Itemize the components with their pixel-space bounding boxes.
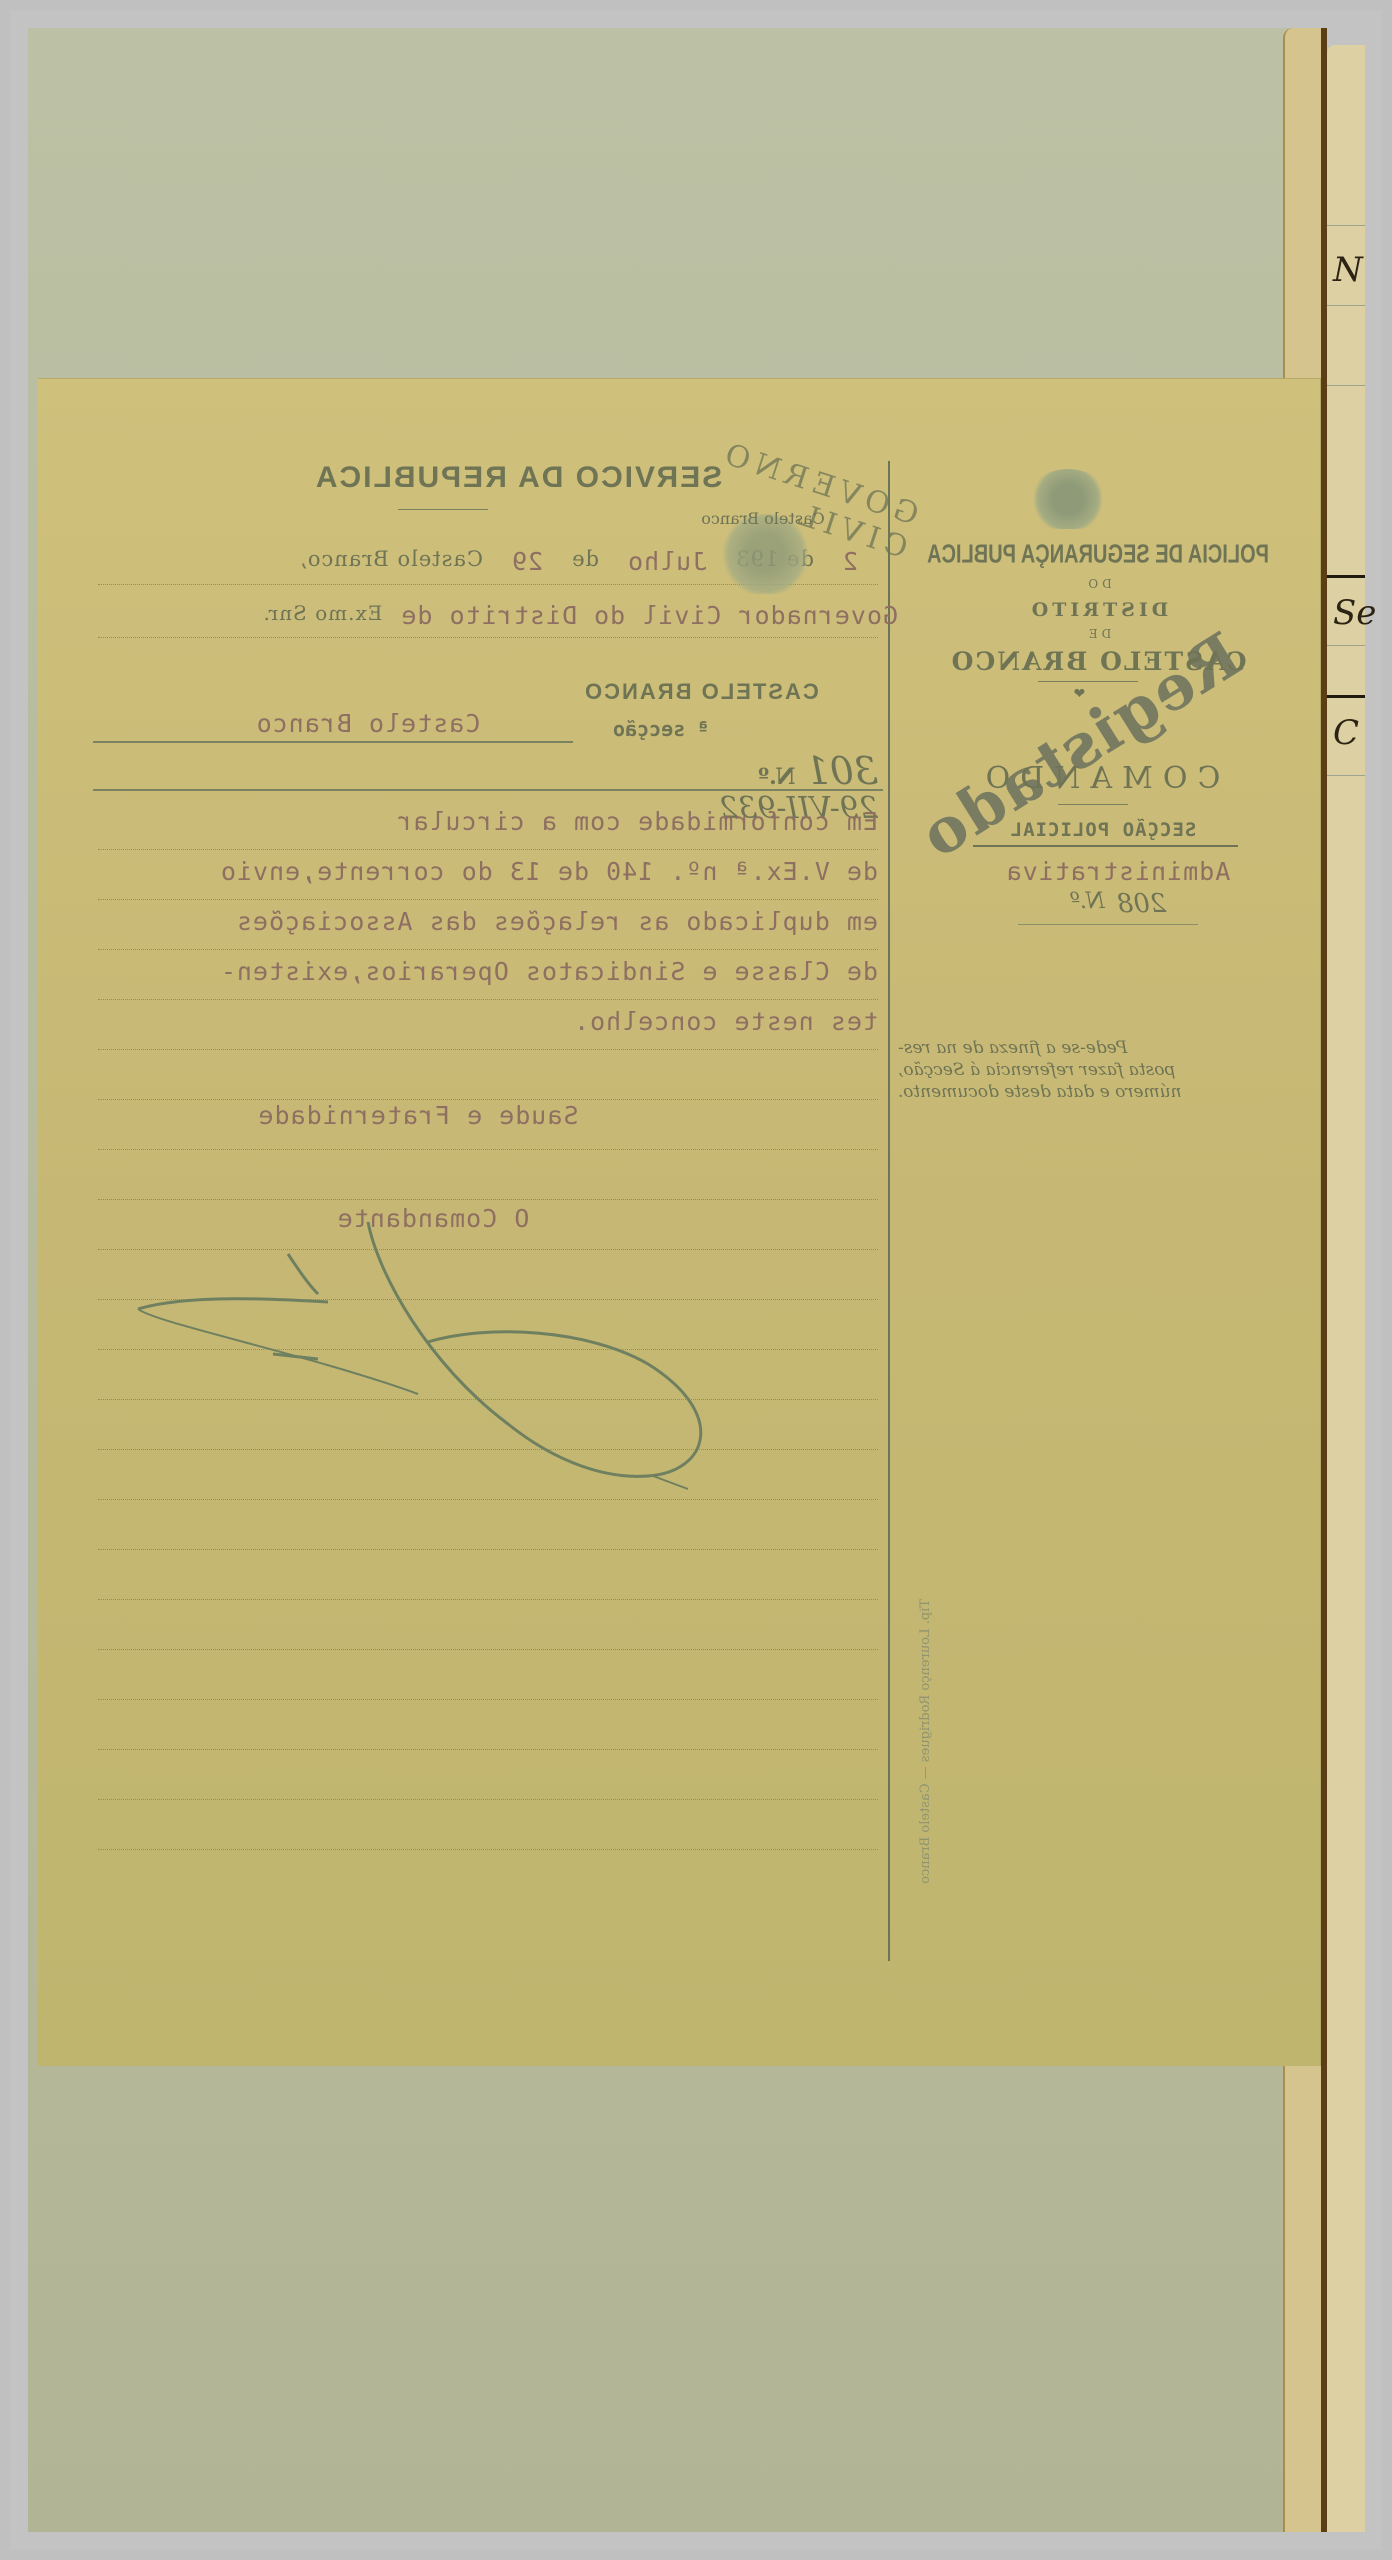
stamp-center-text: Castelo Branco — [683, 509, 843, 528]
ref-number-label: N.º — [758, 764, 795, 790]
reply-note: Pede-se a fineza de na res- posta fazer … — [898, 1037, 1298, 1103]
column-divider — [888, 461, 890, 1961]
psp-number-value: 208 — [1117, 889, 1167, 919]
body-line-4: de Classe e Sindicatos Operarios,existen… — [98, 957, 878, 986]
psp-number: N.º 208 — [1038, 889, 1198, 919]
body-line-2: de V.Ex.ª nº. 140 de 13 do corrente,envi… — [98, 857, 878, 886]
psp-city: CASTELO BRANCO — [918, 647, 1278, 676]
governo-civil-stamp: GOVERNO CIVIL Castelo Branco — [628, 459, 928, 579]
city-underline — [93, 741, 573, 743]
comando-rule — [1058, 804, 1128, 805]
ledger-handwriting-1: N — [1333, 250, 1363, 290]
psp-rule — [1038, 681, 1138, 682]
place-label: Castelo Branco, — [299, 547, 483, 576]
psp-number-underline — [1018, 924, 1198, 925]
body-line-1: Em conformidade com a circular — [98, 807, 878, 836]
reply-note-line-1: Pede-se a fineza de na res- — [898, 1037, 1298, 1059]
ledger-handwriting-2: Se — [1333, 593, 1376, 633]
body-line-5: tes neste concelho. — [498, 1007, 878, 1036]
heart-ornament-icon: ❤ — [1074, 682, 1085, 703]
body-line-3: em duplicado as relações das Associações — [98, 907, 878, 936]
psp-do: DO — [1038, 577, 1158, 591]
section-underline — [973, 845, 1238, 847]
coat-of-arms-icon — [1028, 469, 1108, 529]
section-label: ª secção — [613, 717, 753, 741]
date-de-1: de — [571, 547, 599, 576]
addressee-city: Castelo Branco — [218, 709, 518, 738]
psp-de: DE — [1038, 627, 1158, 641]
reply-note-line-2: posta fazer referencia á Secção, — [898, 1059, 1298, 1081]
police-letter-form: SERVICO DA REPUBLICA Castelo Branco, 29 … — [38, 378, 1321, 2066]
addressee-line: Ex.mo Snr. Governador Civil do Distrito … — [58, 601, 898, 630]
ref-number-value: 301 — [805, 749, 878, 793]
psp-number-label: N.º — [1070, 889, 1105, 919]
addressee: Governador Civil do Distrito de — [400, 601, 898, 630]
office-label: CASTELO BRANCO — [583, 679, 843, 705]
reply-note-line-3: número e data deste documento. — [898, 1081, 1298, 1103]
reference-number: N.º 301 — [658, 749, 878, 793]
printer-imprint: Tip. Lourenço Rodrigues — Castelo Branco — [918, 1599, 933, 1884]
psp-title: POLICIA DE SEGURANÇA PUBLICA — [898, 541, 1298, 571]
header-rule — [398, 509, 488, 510]
signature — [128, 1214, 1008, 1494]
psp-section: SECÇÃO POLICIAL — [968, 819, 1238, 841]
ledger-handwriting-3: C — [1333, 713, 1359, 753]
date-day: 29 — [511, 547, 543, 576]
addressee-prefix: Ex.mo Snr. — [263, 601, 383, 630]
psp-comando: COMANDO — [958, 761, 1238, 796]
closing-salutation: Saude e Fraternidade — [208, 1101, 628, 1130]
psp-section-sub: Administrativa — [978, 857, 1258, 886]
ledger-page: N Se C — [1327, 45, 1365, 2532]
psp-distrito: DISTRITO — [968, 599, 1228, 621]
